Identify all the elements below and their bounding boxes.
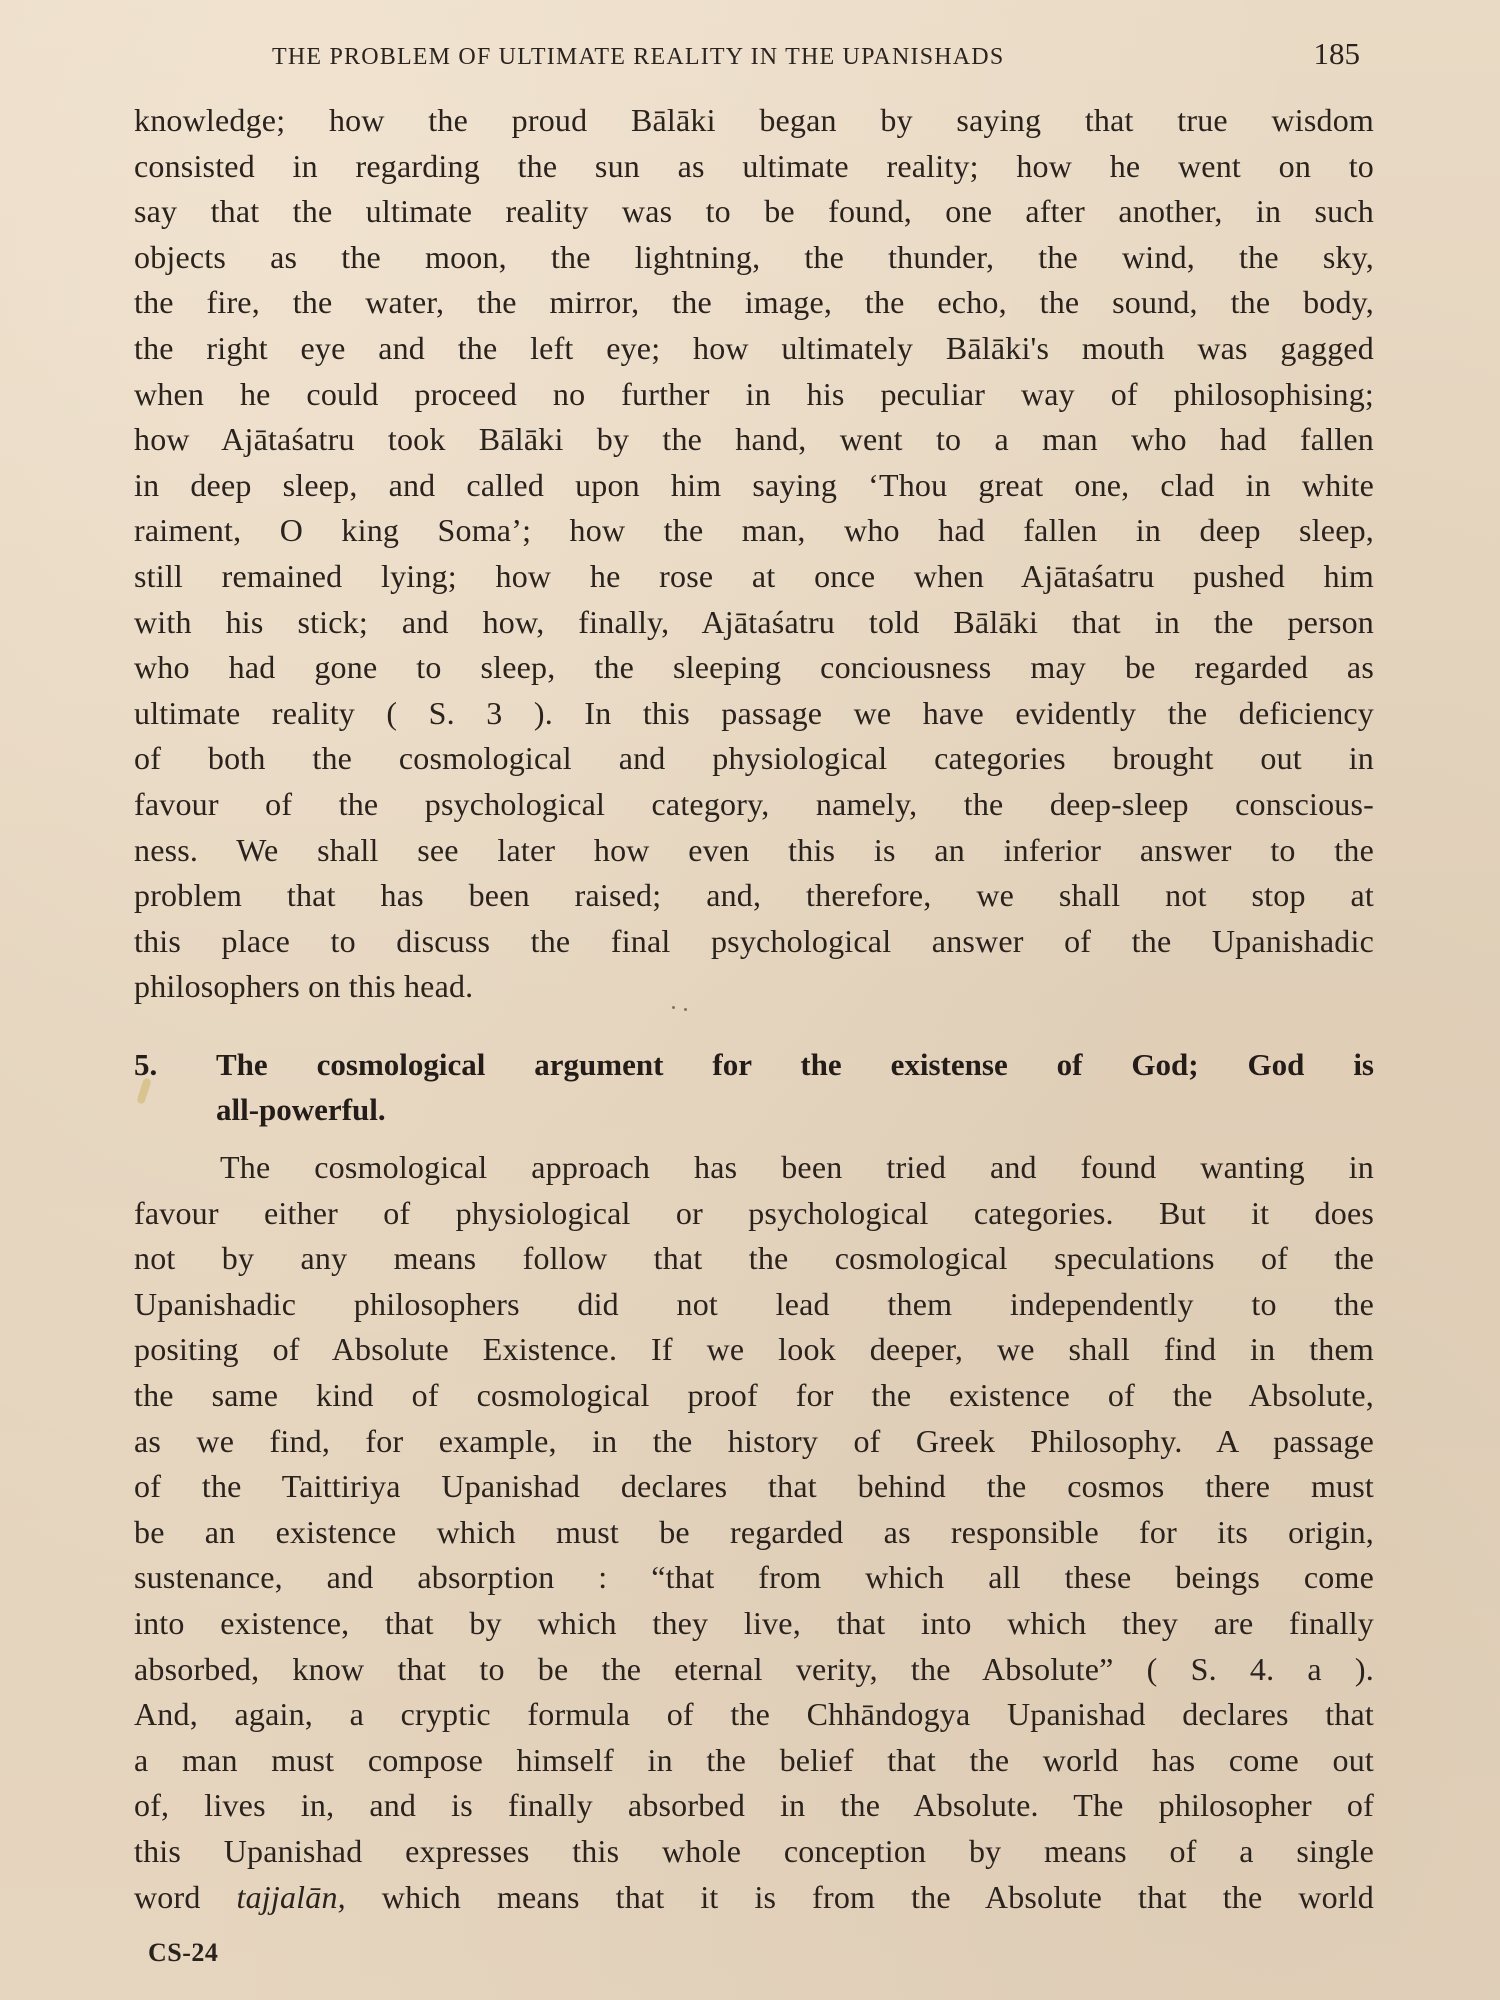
paper-speck	[672, 1006, 675, 1009]
text-line: the fire, the water, the mirror, the ima…	[134, 280, 1374, 326]
text-line: say that the ultimate reality was to be …	[134, 189, 1374, 235]
text-fragment: word	[134, 1879, 237, 1915]
text-line: of both the cosmological and physiologic…	[134, 736, 1374, 782]
text-line: in deep sleep, and called upon him sayin…	[134, 463, 1374, 509]
text-line: problem that has been raised; and, there…	[134, 873, 1374, 919]
text-fragment: which means that it is from the Absolute…	[346, 1879, 1374, 1915]
spacer	[134, 1133, 1374, 1145]
text-line-with-italic: word tajjalān, which means that it is fr…	[134, 1875, 1374, 1921]
text-line: not by any means follow that the cosmolo…	[134, 1236, 1374, 1282]
text-line: of the Taittiriya Upanishad declares tha…	[134, 1464, 1374, 1510]
italic-term: tajjalān,	[237, 1879, 346, 1915]
text-line: favour of the psychological category, na…	[134, 782, 1374, 828]
section-heading: 5. The cosmological argument for the exi…	[134, 1042, 1374, 1133]
text-line: raiment, O king Soma’; how the man, who …	[134, 508, 1374, 554]
text-line: of, lives in, and is finally absorbed in…	[134, 1783, 1374, 1829]
text-line: The cosmological approach has been tried…	[134, 1145, 1374, 1191]
text-line: objects as the moon, the lightning, the …	[134, 235, 1374, 281]
text-line: as we find, for example, in the history …	[134, 1419, 1374, 1465]
running-head: THE PROBLEM OF ULTIMATE REALITY IN THE U…	[272, 36, 1362, 76]
paragraph-continued: knowledge; how the proud Bālāki began by…	[134, 98, 1374, 1010]
text-line: favour either of physiological or psycho…	[134, 1191, 1374, 1237]
text-line: still remained lying; how he rose at onc…	[134, 554, 1374, 600]
text-line: into existence, that by which they live,…	[134, 1601, 1374, 1647]
text-line: how Ajātaśatru took Bālāki by the hand, …	[134, 417, 1374, 463]
text-line: sustenance, and absorption : “that from …	[134, 1555, 1374, 1601]
text-line: positing of Absolute Existence. If we lo…	[134, 1327, 1374, 1373]
text-line: be an existence which must be regarded a…	[134, 1510, 1374, 1556]
text-line: when he could proceed no further in his …	[134, 372, 1374, 418]
text-line: this Upanishad expresses this whole conc…	[134, 1829, 1374, 1875]
page-number: 185	[1314, 36, 1363, 72]
text-line: a man must compose himself in the belief…	[134, 1738, 1374, 1784]
text-line: absorbed, know that to be the eternal ve…	[134, 1647, 1374, 1693]
spacer	[134, 1010, 1374, 1042]
paragraph-section-5: The cosmological approach has been tried…	[134, 1145, 1374, 1920]
text-line: who had gone to sleep, the sleeping conc…	[134, 645, 1374, 691]
section-title-line: The cosmological argument for the existe…	[216, 1042, 1374, 1088]
text-line: the right eye and the left eye; how ulti…	[134, 326, 1374, 372]
paper-speck	[684, 1008, 687, 1011]
running-title: THE PROBLEM OF ULTIMATE REALITY IN THE U…	[272, 44, 1004, 71]
text-line: philosophers on this head.	[134, 964, 1374, 1010]
signature-mark: CS-24	[148, 1938, 218, 1968]
text-line: And, again, a cryptic formula of the Chh…	[134, 1692, 1374, 1738]
text-line: Upanishadic philosophers did not lead th…	[134, 1282, 1374, 1328]
section-title-line: all-powerful.	[216, 1087, 1374, 1133]
text-line: ultimate reality ( S. 3 ). In this passa…	[134, 691, 1374, 737]
text-line: the same kind of cosmological proof for …	[134, 1373, 1374, 1419]
text-line: this place to discuss the final psycholo…	[134, 919, 1374, 965]
text-line: knowledge; how the proud Bālāki began by…	[134, 98, 1374, 144]
text-line: with his stick; and how, finally, Ajātaś…	[134, 600, 1374, 646]
body-text: knowledge; how the proud Bālāki began by…	[134, 98, 1374, 1920]
book-page: THE PROBLEM OF ULTIMATE REALITY IN THE U…	[0, 0, 1500, 2000]
text-line: consisted in regarding the sun as ultima…	[134, 144, 1374, 190]
text-line: ness. We shall see later how even this i…	[134, 828, 1374, 874]
